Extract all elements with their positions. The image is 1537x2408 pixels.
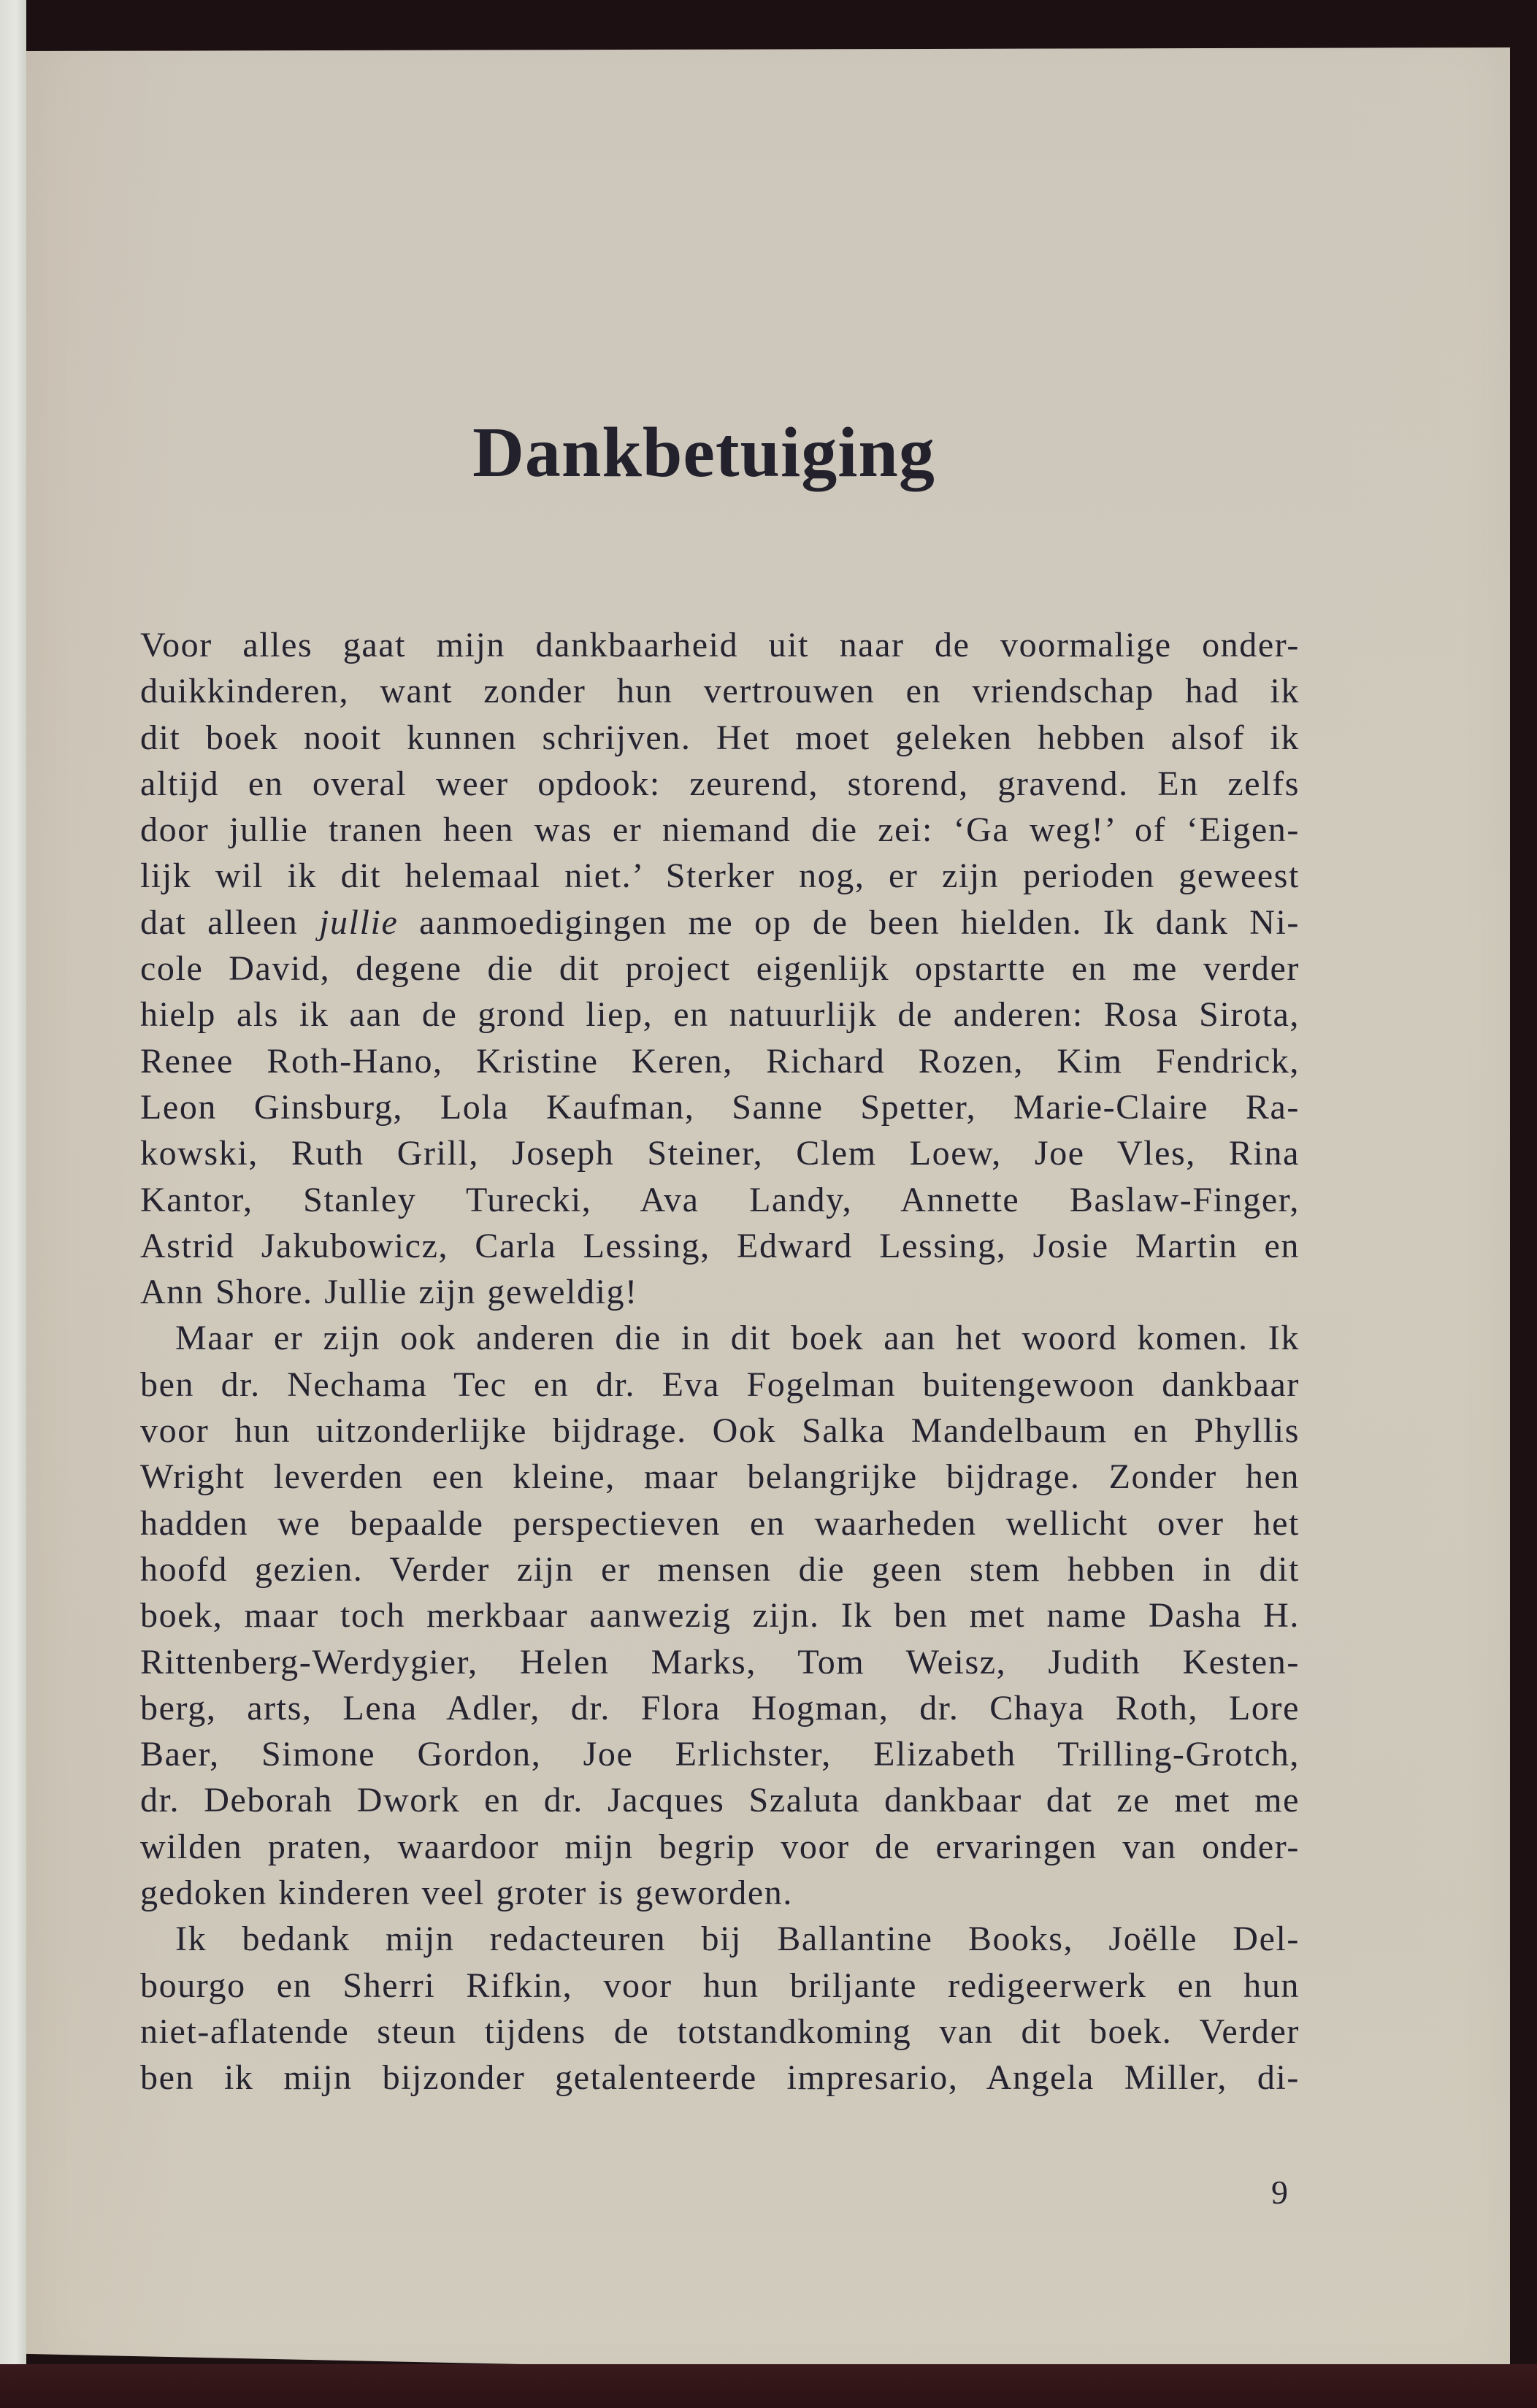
text-line: Ik bedank mijn redacteuren bij Ballantin… [140,1916,1300,1962]
page-number: 9 [1271,2173,1288,2212]
page-title-text: Dankbetuiging [472,412,935,494]
adjacent-page-edge [0,0,26,2408]
text-line: Ann Shore. Jullie zijn geweldig! [140,1269,1300,1315]
text-line: ben dr. Nechama Tec en dr. Eva Fogelman … [140,1362,1300,1408]
text-line: Leon Ginsburg, Lola Kaufman, Sanne Spett… [140,1084,1300,1130]
text-line: boek, maar toch merkbaar aanwezig zijn. … [140,1592,1300,1638]
text-line: Rittenberg-Werdygier, Helen Marks, Tom W… [140,1639,1300,1685]
text-line: Baer, Simone Gordon, Joe Erlichster, Eli… [140,1731,1300,1777]
text-line: door jullie tranen heen was er niemand d… [140,807,1300,853]
text-line: dr. Deborah Dwork en dr. Jacques Szaluta… [140,1777,1300,1823]
text-line: cole David, degene die dit project eigen… [140,946,1300,992]
page-title: Dankbetuiging [26,412,1510,494]
text-line: Maar er zijn ook anderen die in dit boek… [140,1315,1300,1361]
text-line: Wright leverden een kleine, maar belangr… [140,1454,1300,1500]
text-line: ben ik mijn bijzonder getalenteerde impr… [140,2055,1300,2101]
paragraph-1: Voor alles gaat mijn dankbaarheid uit na… [140,622,1300,1315]
text-line: altijd en overal weer opdook: zeurend, s… [140,761,1300,807]
text-line: hielp als ik aan de grond liep, en natuu… [140,992,1300,1038]
text-line: kowski, Ruth Grill, Joseph Steiner, Clem… [140,1130,1300,1176]
text-line: Renee Roth-Hano, Kristine Keren, Richard… [140,1038,1300,1084]
text-line: gedoken kinderen veel groter is geworden… [140,1870,1300,1916]
text-segment: dat alleen [140,903,319,942]
text-line: Voor alles gaat mijn dankbaarheid uit na… [140,622,1300,668]
paragraph-3: Ik bedank mijn redacteuren bij Ballantin… [140,1916,1300,2101]
text-line: lijk wil ik dit helemaal niet.’ Sterker … [140,853,1300,899]
text-line: niet-aflatende steun tijdens de totstand… [140,2009,1300,2055]
text-segment: aanmoedigingen me op de been hielden. Ik… [398,903,1300,942]
text-line: Kantor, Stanley Turecki, Ava Landy, Anne… [140,1177,1300,1223]
text-line: dit boek nooit kunnen schrijven. Het moe… [140,715,1300,761]
emphasis-jullie: jullie [319,903,398,942]
text-line: Astrid Jakubowicz, Carla Lessing, Edward… [140,1223,1300,1269]
text-line: voor hun uitzonderlijke bijdrage. Ook Sa… [140,1408,1300,1454]
text-line: hadden we bepaalde perspectieven en waar… [140,1500,1300,1546]
paragraph-2: Maar er zijn ook anderen die in dit boek… [140,1315,1300,1916]
text-line: dat alleen jullie aanmoedigingen me op d… [140,900,1300,946]
text-line: berg, arts, Lena Adler, dr. Flora Hogman… [140,1685,1300,1731]
body-text: Voor alles gaat mijn dankbaarheid uit na… [140,622,1300,2101]
text-line: bourgo en Sherri Rifkin, voor hun brilja… [140,1963,1300,2009]
text-line: wilden praten, waardoor mijn begrip voor… [140,1824,1300,1870]
book-page: Dankbetuiging Voor alles gaat mijn dankb… [26,22,1510,2385]
text-line: hoofd gezien. Verder zijn er mensen die … [140,1546,1300,1592]
book-cover-edge [0,2364,1537,2408]
text-line: duikkinderen, want zonder hun vertrouwen… [140,668,1300,714]
